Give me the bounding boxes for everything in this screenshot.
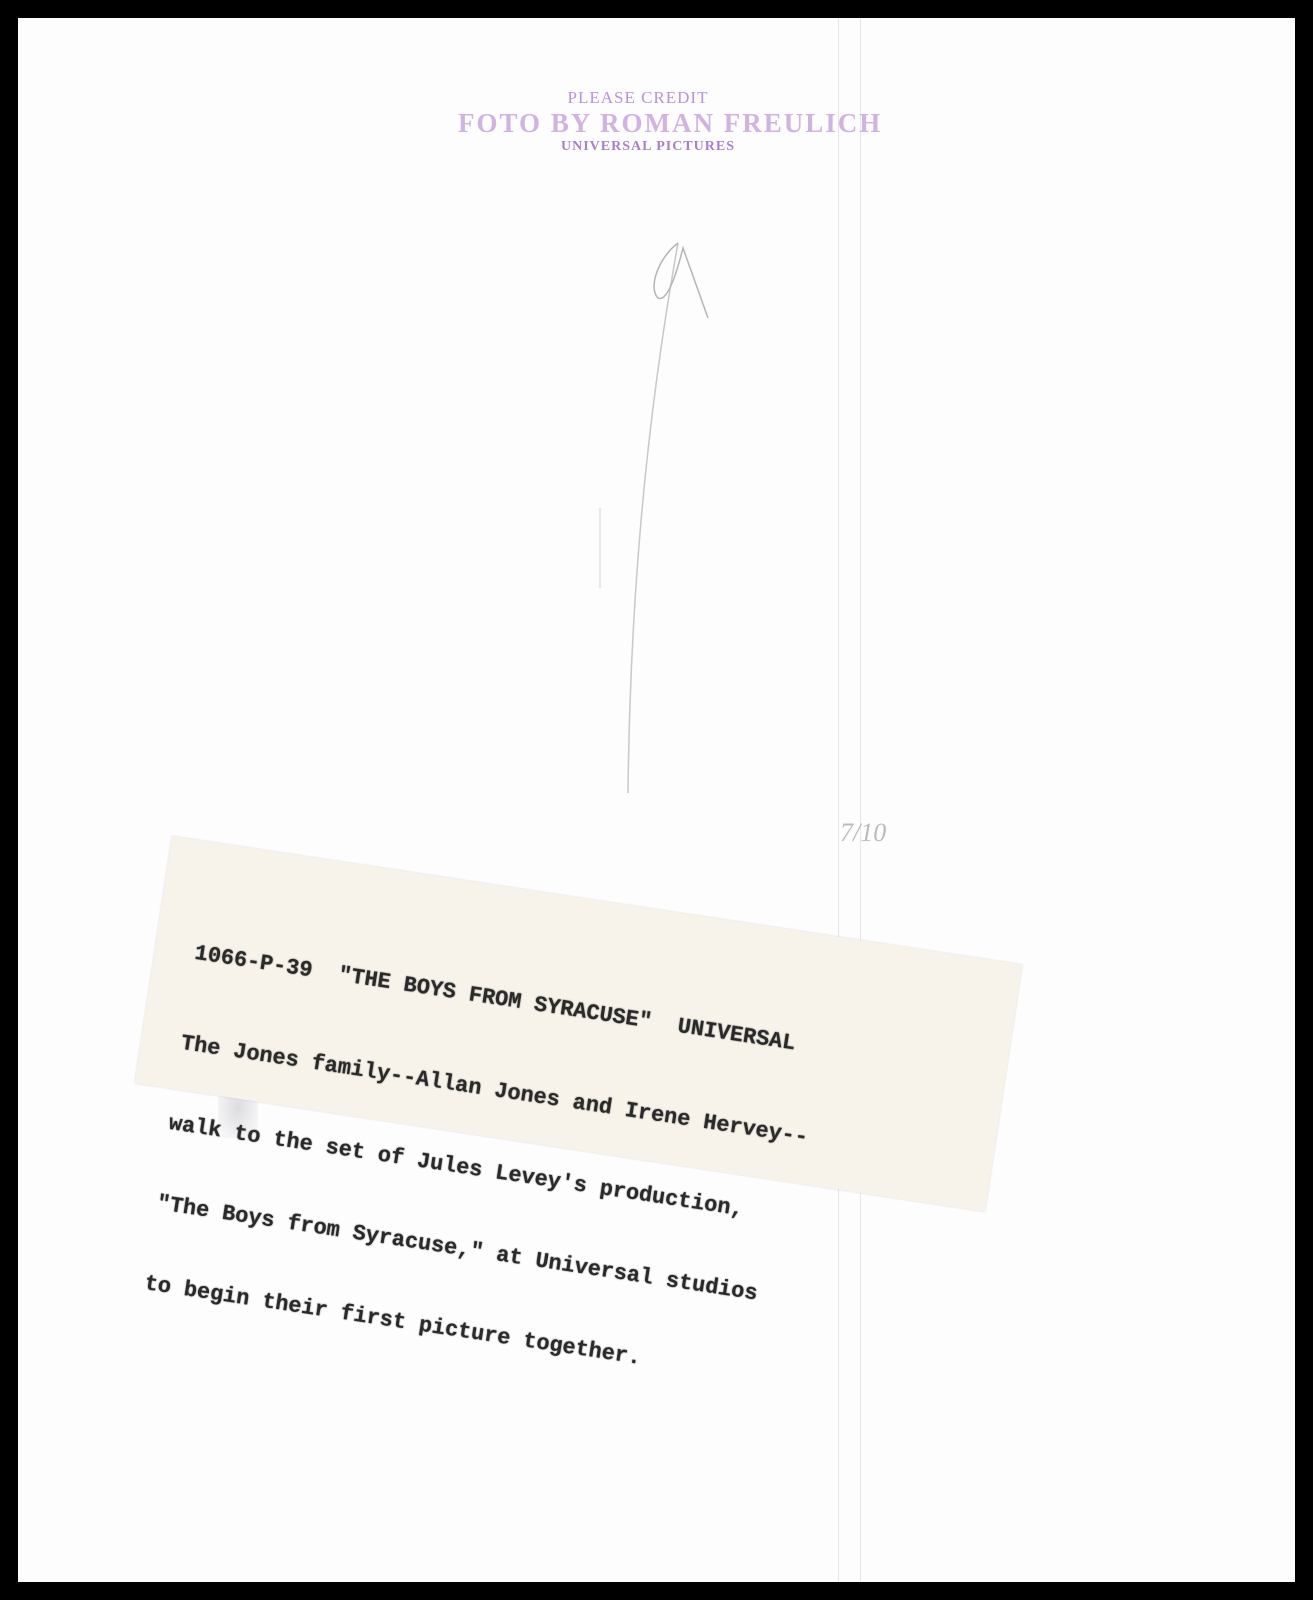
caption-header: 1066-P-39 "THE BOYS FROM SYRACUSE" UNIVE… <box>193 940 824 1061</box>
pencil-note: 7/10 <box>840 818 886 848</box>
